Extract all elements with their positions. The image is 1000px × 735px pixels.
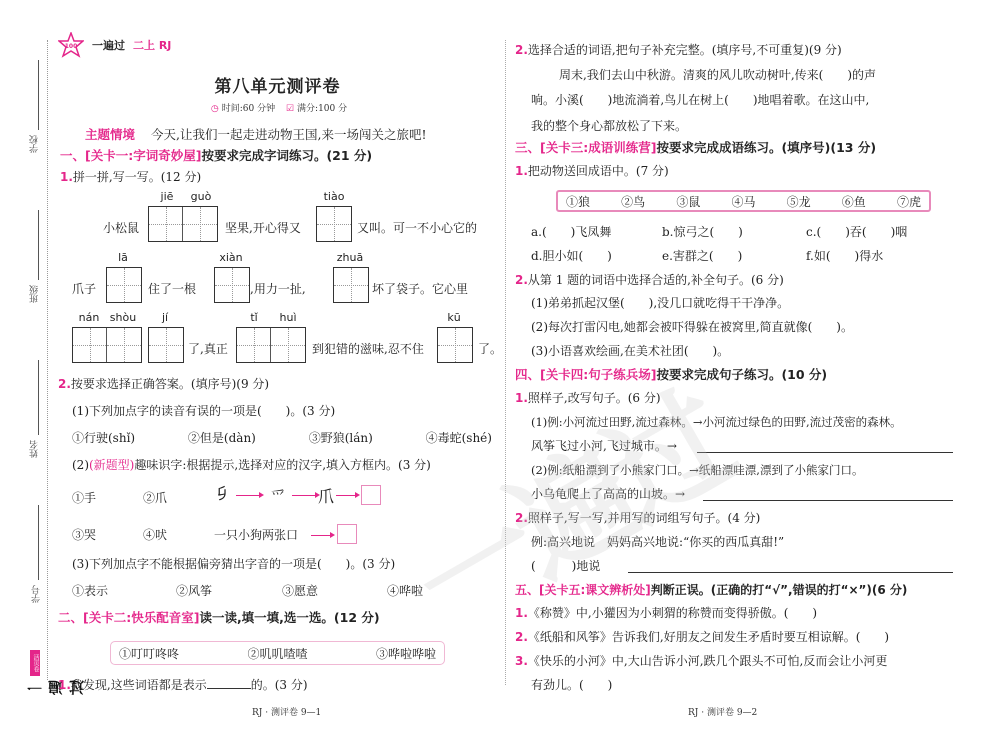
- checkbox-icon: ☑: [286, 104, 294, 114]
- writing-grid-xian[interactable]: [214, 267, 250, 303]
- s1-q1-num: 1.: [60, 170, 73, 184]
- section3-heading: 三、[关卡三:成语训练营]按要求完成成语练习。(填序号)(13 分): [515, 140, 876, 156]
- answer-line[interactable]: [703, 500, 953, 501]
- option: ③野狼(lán): [309, 430, 373, 446]
- s4-q1-num: 1.: [515, 391, 528, 405]
- idiom-c: c.( )吞( )咽: [806, 224, 907, 240]
- s2-q2-num: 2.: [515, 43, 528, 57]
- pinyin: tǐ: [237, 311, 271, 324]
- pinyin: jiē: [150, 190, 184, 203]
- ancient-glyph-2: 爫: [270, 484, 286, 507]
- section2-prefix: 二、[关卡二:快乐配音室]: [58, 610, 199, 625]
- animal-option: ⑤龙: [787, 193, 811, 210]
- idiom-b: b.惊弓之( ): [662, 224, 743, 240]
- s4-q2-num: 2.: [515, 511, 528, 525]
- word-option: ③哗啦哗啦: [376, 645, 436, 662]
- binding-margin: 学校 班级 姓名 学号 活页卷 一遍过: [0, 40, 55, 680]
- s3-q1: 1.把动物送回成语中。(7 分): [515, 163, 669, 179]
- pinyin: guò: [184, 190, 218, 203]
- pinyin: tiào: [317, 190, 351, 203]
- section4-prefix: 四、[关卡四:句子练兵场]: [515, 367, 656, 382]
- para-line: 周末,我们去山中秋游。清爽的风儿吹动树叶,传来( )的声: [559, 67, 876, 83]
- row2-mid2: ,用力一扯,: [250, 281, 306, 297]
- binding-dotted-line: [47, 40, 48, 680]
- s3-q2-item: (2)每次打雷闪电,她都会被吓得躲在被窝里,简直就像( )。: [531, 319, 853, 335]
- footer-page-left: RJ · 测评卷 9—1: [252, 705, 321, 718]
- arrow-icon: [292, 495, 318, 496]
- s1-q2-sub2: (2)(新题型)趣味识字:根据提示,选择对应的汉字,填入方框内。(3 分): [72, 457, 431, 473]
- s3-q2-item: (1)弟弟抓起汉堡( ),没几口就吃得干干净净。: [531, 295, 789, 311]
- pinyin: huì: [271, 311, 305, 324]
- animal-option: ③鼠: [676, 193, 700, 210]
- animal-option: ④马: [731, 193, 755, 210]
- s5-item-num: 2.: [515, 630, 528, 644]
- theme-label: 主题情境: [85, 127, 135, 142]
- s5-item-cont: 有劲儿。( ): [531, 677, 612, 693]
- s2-q1-pre: 我发现,这些词语都是表示: [71, 678, 207, 692]
- s1-q2-sub1: (1)下列加点字的读音有误的一项是( )。(3 分): [72, 403, 335, 419]
- row3-mid1: 了,真正: [188, 341, 228, 357]
- field-label-class: 班级: [28, 285, 41, 303]
- row2-post: 坏了袋子。它心里: [372, 281, 468, 297]
- word-bank-sounds: ①叮叮咚咚 ②叽叽喳喳 ③哗啦哗啦: [110, 641, 445, 665]
- pinyin: zhuā: [333, 251, 367, 264]
- s5-item-text: 《称赞》中,小獾因为小刺猬的称赞而变得骄傲。( ): [528, 606, 817, 620]
- answer-line[interactable]: [697, 452, 953, 453]
- word-option: ①叮叮咚咚: [119, 645, 179, 662]
- field-line-school[interactable]: [38, 60, 39, 130]
- s5-item-text: 《快乐的小河》中,大山告诉小河,跌几个跟头不可怕,反而会让小河更: [528, 654, 887, 668]
- section3-prefix: 三、[关卡三:成语训练营]: [515, 140, 656, 155]
- s5-item-text: 《纸船和风筝》告诉我们,好朋友之间发生矛盾时要互相谅解。( ): [528, 630, 889, 644]
- page-title: 第八单元测评卷: [55, 72, 500, 97]
- sub2-prefix: (2): [72, 458, 89, 472]
- para-line: 我的整个身心都放松了下来。: [531, 118, 687, 134]
- option: ②风筝: [176, 583, 212, 599]
- s4-example-1: (1)例:小河流过田野,流过森林。→小河流过绿色的田野,流过茂密的森林。: [531, 414, 902, 430]
- s1-q1: 1.拼一拼,写一写。(12 分): [60, 169, 201, 185]
- theme-intro: 主题情境 今天,让我们一起走进动物王国,来一场闯关之旅吧!: [85, 127, 426, 143]
- option: ①手: [72, 490, 96, 506]
- pinyin: jí: [148, 311, 182, 324]
- section4-heading: 四、[关卡四:句子练兵场]按要求完成句子练习。(10 分): [515, 367, 827, 383]
- s4-q2-example: 例:高兴地说 妈妈高兴地说:“你买的西瓜真甜!”: [531, 534, 784, 550]
- option: ③愿意: [282, 583, 318, 599]
- s2-q1-post: 的。(3 分): [251, 678, 308, 692]
- arrow-icon: [236, 495, 262, 496]
- ancient-glyph-1: 𠂎: [214, 484, 230, 503]
- section3-title: 按要求完成成语练习。(填序号)(13 分): [656, 140, 876, 155]
- s4-task-2: 小乌龟爬上了高高的山坡。→: [531, 486, 685, 502]
- row1-mid: 坚果,开心得又: [225, 220, 301, 236]
- sub2-text: 趣味识字:根据提示,选择对应的汉字,填入方框内。(3 分): [134, 458, 431, 472]
- answer-box-2[interactable]: [337, 524, 357, 544]
- idiom-d: d.胆小如( ): [531, 248, 612, 264]
- exam-meta: ◷时间:60 分钟 ☑满分:100 分: [55, 101, 500, 114]
- option: ④哗啦: [387, 583, 423, 599]
- row3-post: 了。: [478, 341, 502, 357]
- s2-q2: 2.选择合适的词语,把句子补充完整。(填序号,不可重复)(9 分): [515, 42, 842, 58]
- arrow-icon: [311, 535, 333, 536]
- field-line-name[interactable]: [38, 360, 39, 435]
- writing-grid-ji[interactable]: [148, 327, 184, 363]
- ancient-glyph-3: 爪: [318, 484, 334, 507]
- idiom-f: f.如( )得水: [806, 248, 883, 264]
- s3-q1-num: 1.: [515, 164, 528, 178]
- s2-q2-text: 选择合适的词语,把句子补充完整。(填序号,不可重复)(9 分): [528, 43, 842, 57]
- s3-q2-item: (3)小语喜欢绘画,在美术社团( )。: [531, 343, 729, 359]
- s3-q2-text: 从第 1 题的词语中选择合适的,补全句子。(6 分): [528, 273, 784, 287]
- answer-box-1[interactable]: [361, 485, 381, 505]
- animal-option: ⑥鱼: [842, 193, 866, 210]
- section5-prefix: 五、[关卡五:课文辨析处]: [515, 583, 651, 597]
- footer-page-right: RJ · 测评卷 9—2: [688, 705, 757, 718]
- section5-heading: 五、[关卡五:课文辨析处]判断正误。(正确的打“√”,错误的打“×”)(6 分): [515, 582, 907, 598]
- writing-grid-nanshou[interactable]: [72, 327, 142, 363]
- hint-text: 一只小狗两张口: [214, 527, 298, 543]
- writing-grid-ku[interactable]: [437, 327, 473, 363]
- s1-q2-num: 2.: [58, 377, 71, 391]
- s5-item-num: 1.: [515, 606, 528, 620]
- row2-mid1: 住了一根: [148, 281, 196, 297]
- clock-icon: ◷: [211, 104, 219, 114]
- grade-label: 二上 RJ: [133, 37, 171, 53]
- arrow-icon: [336, 495, 358, 496]
- s1-q2-sub1-options: ①行驶(shǐ) ②但是(dàn) ③野狼(lán) ④毒蛇(shé): [72, 430, 492, 446]
- section2-title: 读一读,填一填,选一选。(12 分): [199, 610, 379, 625]
- pinyin: shòu: [106, 311, 140, 324]
- logo-text: 一遍过: [92, 37, 125, 53]
- pinyin: xiàn: [214, 251, 248, 264]
- s2-q1-num: 1.: [58, 678, 71, 692]
- row1-pre: 小松鼠: [103, 220, 139, 236]
- section1-heading: 一、[关卡一:字词奇妙屋]按要求完成字词练习。(21 分): [60, 148, 372, 164]
- new-type-tag: (新题型): [89, 458, 134, 472]
- s4-q2-text: 照样子,写一写,并用写的词组写句子。(4 分): [528, 511, 760, 525]
- section2-heading: 二、[关卡二:快乐配音室]读一读,填一填,选一选。(12 分): [58, 610, 380, 626]
- blank-line[interactable]: [207, 688, 251, 689]
- row3-mid2: 到犯错的滋味,忍不住: [312, 341, 424, 357]
- pinyin: kū: [437, 311, 471, 324]
- s1-q1-text: 拼一拼,写一写。(12 分): [73, 170, 201, 184]
- field-label-number: 学号: [30, 585, 43, 603]
- full-score: 满分:100 分: [297, 104, 347, 114]
- word-option: ②叽叽喳喳: [247, 645, 307, 662]
- writing-grid-la[interactable]: [106, 267, 142, 303]
- answer-line[interactable]: [628, 572, 953, 573]
- option: ①表示: [72, 583, 108, 599]
- time-limit: 时间:60 分钟: [222, 104, 275, 114]
- s4-q2: 2.照样子,写一写,并用写的词组写句子。(4 分): [515, 510, 760, 526]
- option: ④吠: [143, 527, 167, 543]
- writing-grid-tihui[interactable]: [236, 327, 306, 363]
- s1-q2-text: 按要求选择正确答案。(填序号)(9 分): [71, 377, 269, 391]
- s3-q2: 2.从第 1 题的词语中选择合适的,补全句子。(6 分): [515, 272, 784, 288]
- s4-task-1: 风筝飞过小河,飞过城市。→: [531, 438, 677, 454]
- page-header: 100 一遍过 二上 RJ: [58, 32, 171, 58]
- field-line-number[interactable]: [38, 505, 39, 580]
- section4-title: 按要求完成句子练习。(10 分): [656, 367, 827, 382]
- para-line: 响。小溪( )地流淌着,鸟儿在树上( )地唱着歌。在这山中,: [531, 92, 869, 108]
- option: ④毒蛇(shé): [426, 430, 492, 446]
- theme-text: 今天,让我们一起走进动物王国,来一场闯关之旅吧!: [151, 127, 426, 142]
- option: ①行驶(shǐ): [72, 430, 135, 446]
- pinyin: nán: [72, 311, 106, 324]
- section1-title: 按要求完成字词练习。(21 分): [201, 148, 372, 163]
- animal-option: ①狼: [566, 193, 590, 210]
- svg-text:100: 100: [65, 43, 78, 50]
- s1-q2-sub3: (3)下列加点字不能根据偏旁猜出字音的一项是( )。(3 分): [72, 556, 395, 572]
- s1-q2: 2.按要求选择正确答案。(填序号)(9 分): [58, 376, 269, 392]
- row1-post: 又叫。可一不小心它的: [357, 220, 477, 236]
- idiom-e: e.害群之( ): [662, 248, 742, 264]
- animal-option: ⑦虎: [897, 193, 921, 210]
- s5-item: 3.《快乐的小河》中,大山告诉小河,跌几个跟头不可怕,反而会让小河更: [515, 653, 887, 669]
- pinyin: lā: [106, 251, 140, 264]
- s2-q1: 1.我发现,这些词语都是表示的。(3 分): [58, 677, 308, 693]
- writing-grid-jieguo[interactable]: [148, 206, 218, 242]
- writing-grid-zhua[interactable]: [333, 267, 369, 303]
- animal-option: ②鸟: [621, 193, 645, 210]
- s4-q1: 1.照样子,改写句子。(6 分): [515, 390, 661, 406]
- field-label-name: 姓名: [28, 440, 41, 458]
- field-line-class[interactable]: [38, 210, 39, 280]
- writing-grid-tiao[interactable]: [316, 206, 352, 242]
- s5-item: 1.《称赞》中,小獾因为小刺猬的称赞而变得骄傲。( ): [515, 605, 817, 621]
- section1-prefix: 一、[关卡一:字词奇妙屋]: [60, 148, 201, 163]
- option: ②但是(dàn): [188, 430, 256, 446]
- animal-word-bank: ①狼 ②鸟 ③鼠 ④马 ⑤龙 ⑥鱼 ⑦虎: [556, 190, 931, 212]
- s3-q2-num: 2.: [515, 273, 528, 287]
- s4-q1-text: 照样子,改写句子。(6 分): [528, 391, 661, 405]
- s4-q2-task: ( )地说: [531, 558, 600, 574]
- option: ②爪: [143, 490, 167, 506]
- brand-tag: 活页卷: [30, 650, 40, 676]
- row2-pre: 爪子: [72, 281, 96, 297]
- s5-item: 2.《纸船和风筝》告诉我们,好朋友之间发生矛盾时要互相谅解。( ): [515, 629, 889, 645]
- s3-q1-text: 把动物送回成语中。(7 分): [528, 164, 669, 178]
- field-label-school: 学校: [28, 135, 41, 153]
- option: ③哭: [72, 527, 96, 543]
- idiom-a: a.( )飞凤舞: [531, 224, 611, 240]
- s4-example-2: (2)例:纸船漂到了小熊家门口。→纸船漂哇漂,漂到了小熊家门口。: [531, 462, 863, 478]
- star-logo-icon: 100: [58, 32, 84, 58]
- s5-item-num: 3.: [515, 654, 528, 668]
- section5-title: 判断正误。(正确的打“√”,错误的打“×”)(6 分): [651, 583, 908, 597]
- page-divider: [505, 40, 506, 685]
